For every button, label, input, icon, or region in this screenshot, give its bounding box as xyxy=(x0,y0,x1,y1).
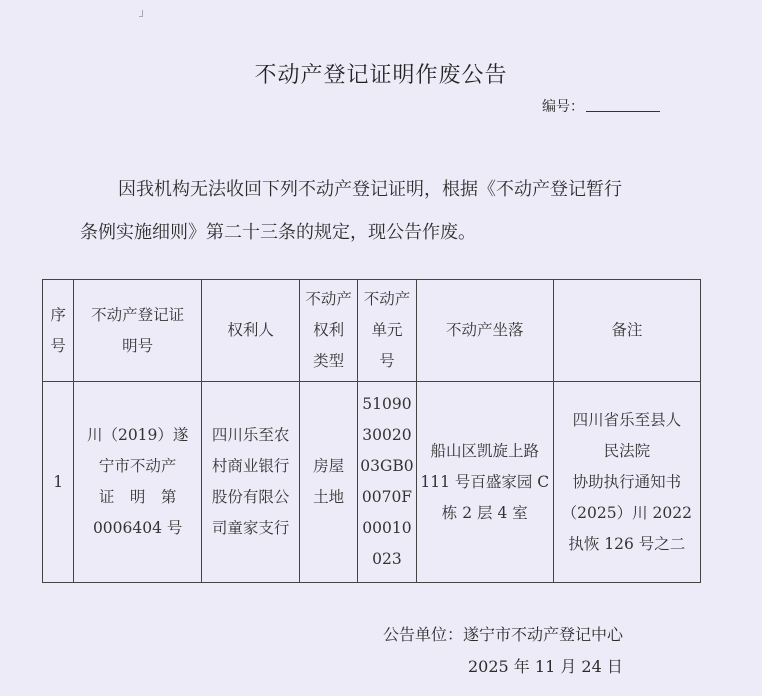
issue-date: 2025 年 11 月 24 日 xyxy=(468,654,623,677)
cell-index: 1 xyxy=(43,382,74,583)
header-obligee: 权利人 xyxy=(202,280,300,382)
table-header-row: 序 号 不动产登记证 明号 权利人 不动产 权利 类型 不动产 单元 号 不动产… xyxy=(43,280,701,382)
table-row: 1 川（2019）遂 宁市不动产 证 明 第 0006404 号 四川乐至农 村… xyxy=(43,382,701,583)
cell-remarks: 四川省乐至县人 民法院 协助执行通知书 （2025）川 2022 执恢 126 … xyxy=(553,382,700,583)
body-paragraph-line-2: 条例实施细则》第二十三条的规定，现公告作废。 xyxy=(80,218,720,244)
document-number-label: 编号： xyxy=(542,96,584,116)
header-certificate-no: 不动产登记证 明号 xyxy=(74,280,202,382)
cell-right-type: 房屋 土地 xyxy=(300,382,358,583)
header-remarks: 备注 xyxy=(553,280,700,382)
issuing-unit: 公告单位：遂宁市不动产登记中心 xyxy=(383,622,623,645)
page-title: 不动产登记证明作废公告 xyxy=(0,58,762,89)
cell-certificate-no: 川（2019）遂 宁市不动产 证 明 第 0006404 号 xyxy=(74,382,202,583)
body-paragraph-line-1: 因我机构无法收回下列不动产登记证明，根据《不动产登记暂行 xyxy=(118,175,758,201)
header-right-type: 不动产 权利 类型 xyxy=(300,280,358,382)
cell-obligee: 四川乐至农 村商业银行 股份有限公 司童家支行 xyxy=(202,382,300,583)
document-number-blank xyxy=(586,111,660,112)
cell-location: 船山区凯旋上路 111 号百盛家园 C 栋 2 层 4 室 xyxy=(416,382,553,583)
header-location: 不动产坐落 xyxy=(416,280,553,382)
header-unit-no: 不动产 单元 号 xyxy=(358,280,417,382)
scan-mark xyxy=(139,10,143,17)
certificate-table: 序 号 不动产登记证 明号 权利人 不动产 权利 类型 不动产 单元 号 不动产… xyxy=(42,279,701,583)
cell-unit-no: 51090 30020 03GB0 0070F 00010 023 xyxy=(358,382,417,583)
header-index: 序 号 xyxy=(43,280,74,382)
